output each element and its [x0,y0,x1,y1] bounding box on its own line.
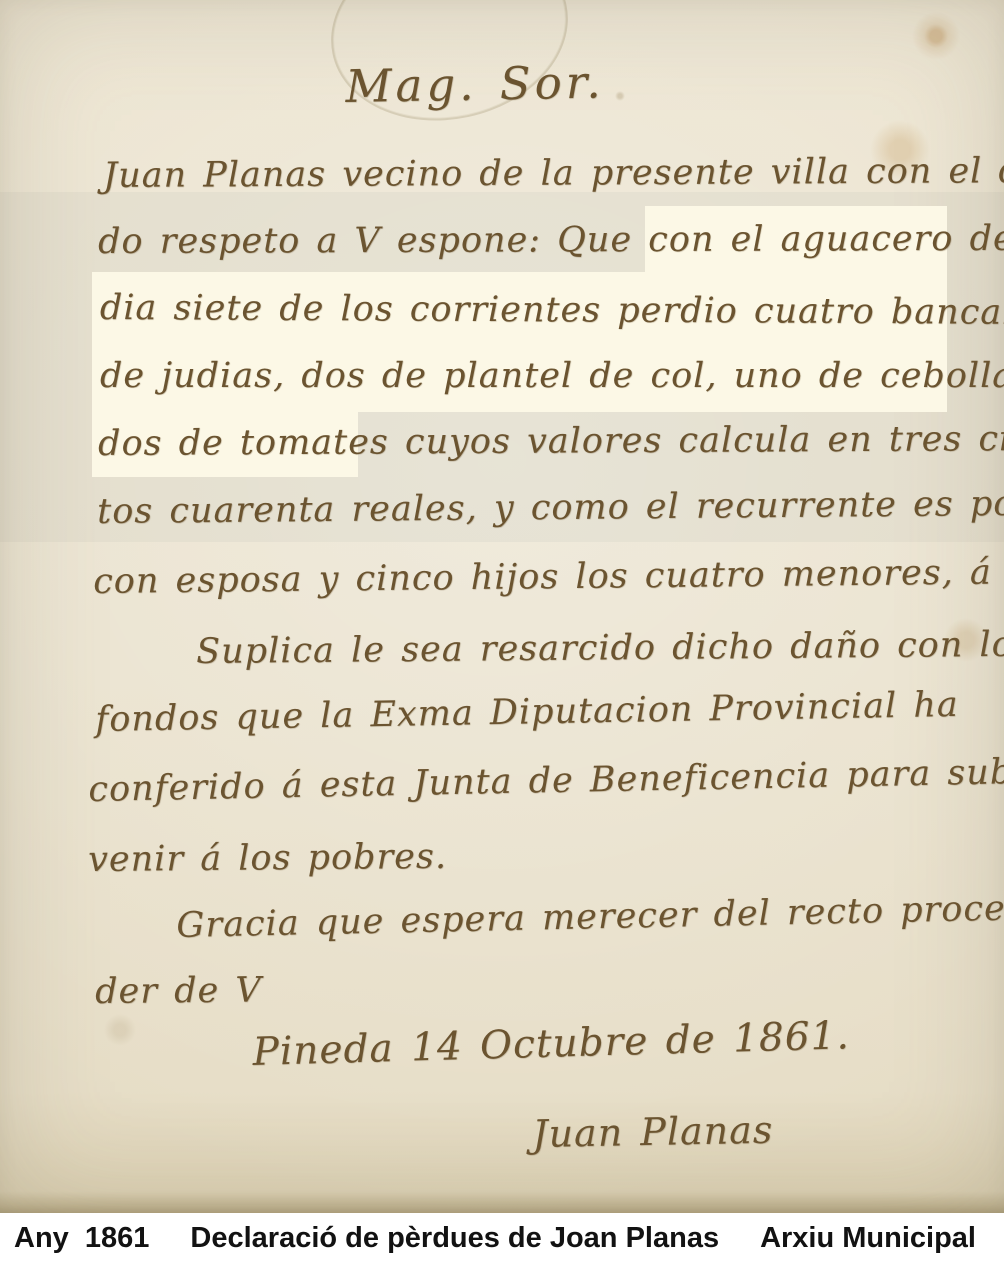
caption-archive: Arxiu Municipal [760,1222,976,1255]
letter-salutation: Mag. Sor. [345,55,605,113]
manuscript-line: dos de tomates cuyos valores calcula en … [98,419,1004,464]
manuscript-line: Juan Planas vecino de la presente villa … [103,151,1004,196]
manuscript-line: Suplica le sea resarcido dicho daño con … [196,625,1004,672]
caption-year: Any 1861 [14,1222,149,1255]
manuscript-line: tos cuarenta reales, y como el recurrent… [97,483,1004,532]
letter-signature: Juan Planas [532,1108,774,1156]
manuscript-line: dia siete de los corrientes perdio cuatr… [100,288,1004,333]
caption-title: Declaració de pèrdues de Joan Planas [190,1222,719,1255]
manuscript-line: do respeto a V espone: Que con el aguace… [98,219,1004,262]
manuscript-line: de judias, dos de plantel de col, uno de… [100,356,1004,396]
caption-bar: Any 1861 Declaració de pèrdues de Joan P… [0,1213,1004,1264]
manuscript-line: venir á los pobres. [88,837,447,880]
manuscript-line: der de V [95,971,262,1012]
document-scan: Mag. Sor. Juan Planas vecino de la prese… [0,0,1004,1264]
